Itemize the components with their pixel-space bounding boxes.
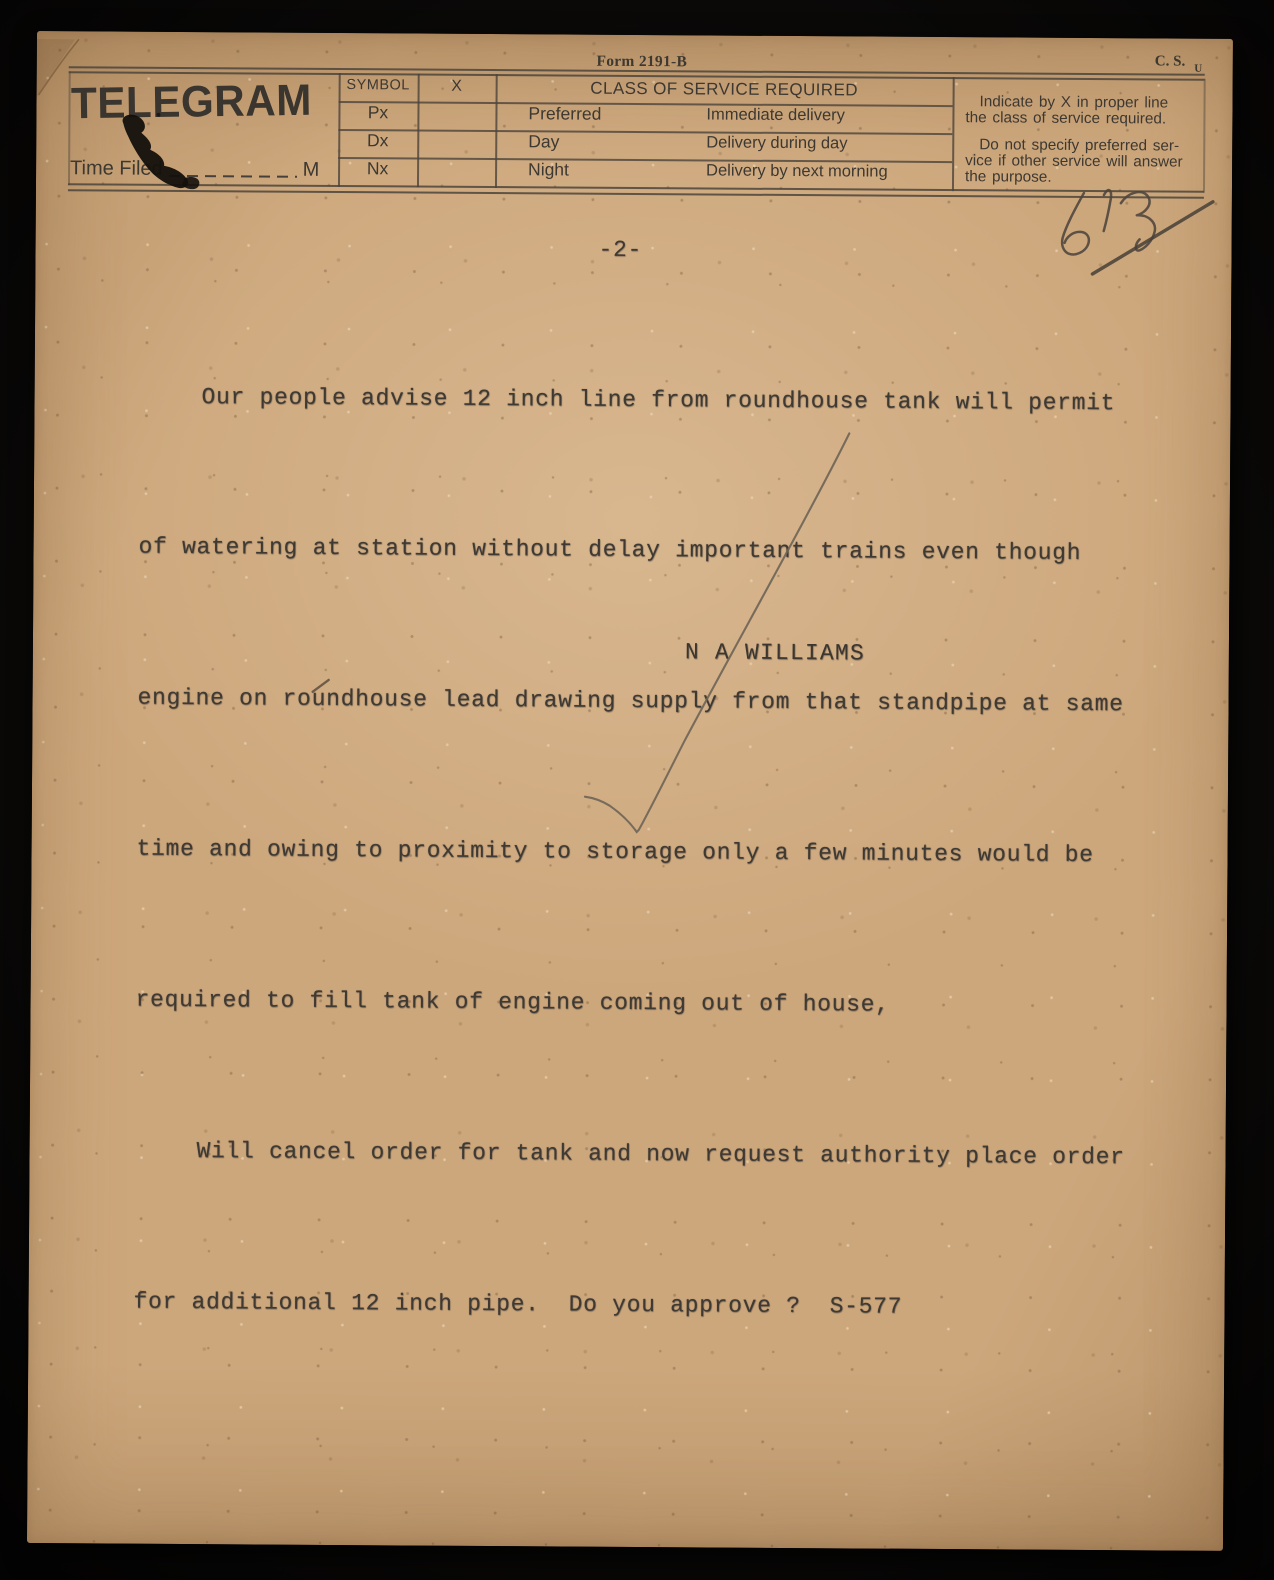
row-dx-class: Day bbox=[528, 133, 559, 151]
head-border-right bbox=[1203, 79, 1205, 193]
instruction-paragraph-2: Do not specify preferred ser- vice if ot… bbox=[965, 138, 1183, 187]
telegram-document: Form 2191-B C. S.U TELEGRAM Time Filed M… bbox=[27, 31, 1233, 1551]
form-title: TELEGRAM bbox=[71, 76, 313, 129]
message-line: required to fill tank of engine coming o… bbox=[135, 975, 1125, 1032]
corner-mark: C. S.U bbox=[1155, 53, 1203, 70]
time-filed-blank-line bbox=[169, 175, 297, 178]
row-nx-class: Night bbox=[528, 161, 569, 179]
time-filed-label: Time Filed bbox=[70, 157, 163, 181]
page-number: -2- bbox=[598, 235, 642, 265]
col-header-class: CLASS OF SERVICE REQUIRED bbox=[496, 79, 953, 99]
corner-mark-main: C. S. bbox=[1155, 53, 1186, 69]
row-px-class: Preferred bbox=[528, 105, 601, 123]
row-dx-delivery: Delivery during day bbox=[706, 134, 847, 151]
message-line: for additional 12 inch pipe. Do you appr… bbox=[133, 1277, 1123, 1334]
service-instructions: Indicate by X in proper line the class o… bbox=[965, 94, 1183, 186]
instruction-line: the purpose. bbox=[965, 169, 1183, 186]
message-line: Will cancel order for tank and now reque… bbox=[134, 1126, 1124, 1183]
row-px-symbol: Px bbox=[338, 104, 417, 122]
telegram-message-body: Our people advise 12 inch line from roun… bbox=[133, 271, 1131, 1434]
table-rowline-2 bbox=[338, 129, 952, 135]
time-filed-field: Time Filed M bbox=[70, 157, 319, 182]
time-filed-suffix: M bbox=[303, 159, 320, 182]
instruction-paragraph-1: Indicate by X in proper line the class o… bbox=[965, 94, 1183, 127]
message-line: engine on roundhouse lead drawing supply… bbox=[137, 673, 1127, 730]
handwritten-613 bbox=[1062, 190, 1155, 255]
row-px-delivery: Immediate delivery bbox=[706, 106, 845, 123]
table-rowline-1 bbox=[339, 101, 953, 107]
scan-background: Form 2191-B C. S.U TELEGRAM Time Filed M… bbox=[0, 0, 1274, 1580]
col-header-x: X bbox=[418, 79, 496, 96]
message-line: of watering at station without delay imp… bbox=[138, 522, 1128, 579]
row-dx-symbol: Dx bbox=[338, 132, 417, 150]
instruction-line: the class of service required. bbox=[965, 110, 1183, 127]
message-line: Our people advise 12 inch line from roun… bbox=[139, 371, 1129, 428]
row-nx-symbol: Nx bbox=[338, 160, 417, 178]
slash-mark bbox=[1092, 201, 1212, 275]
col-header-symbol: SYMBOL bbox=[339, 78, 418, 93]
sender-signature: N A WILLIAMS bbox=[685, 627, 865, 678]
row-nx-delivery: Delivery by next morning bbox=[706, 162, 888, 180]
message-line: time and owing to proximity to storage o… bbox=[136, 824, 1126, 881]
